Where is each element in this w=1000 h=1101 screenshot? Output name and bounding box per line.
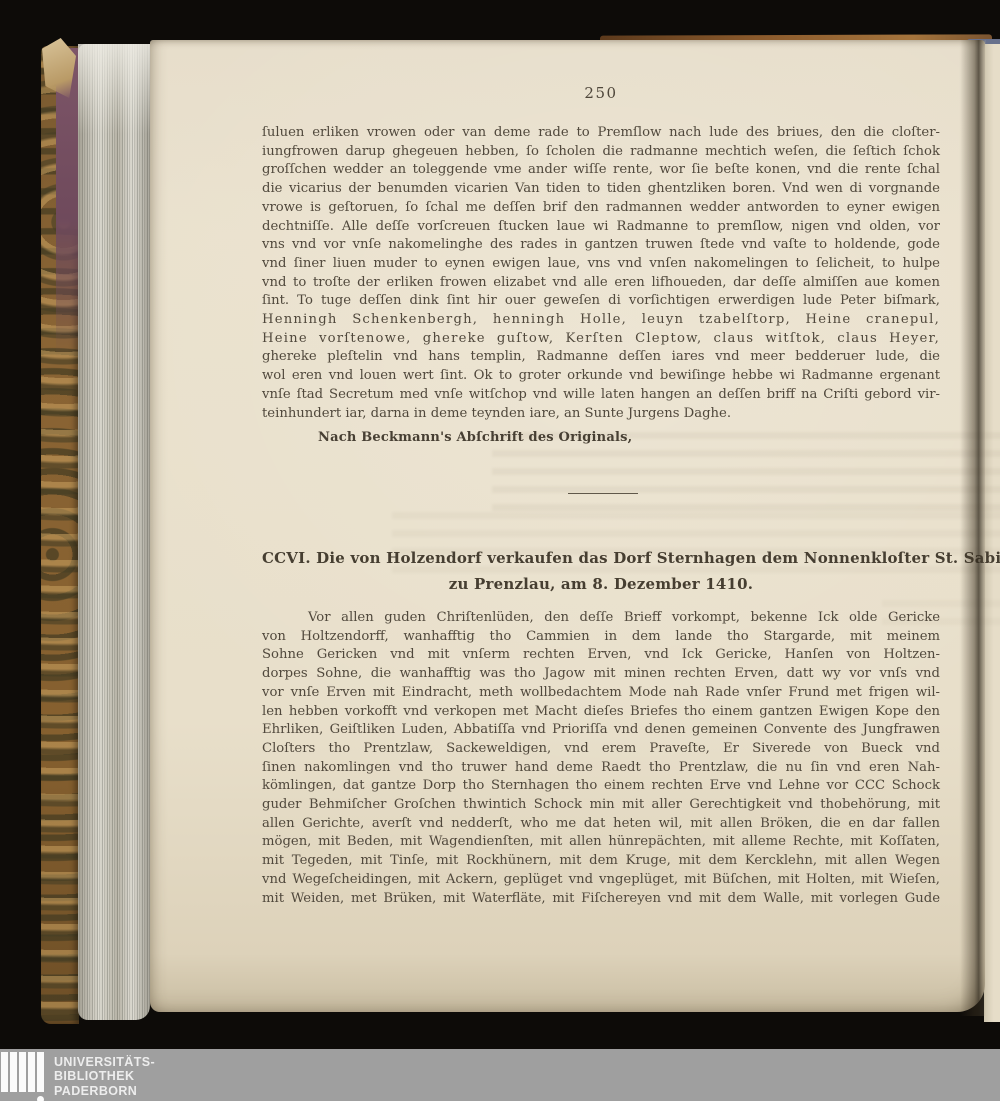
text-line: vnd to troſte der erliken frowen elizabe…	[262, 274, 940, 293]
text-line: Vor allen guden Chriſtenlüden, den deſſe…	[262, 609, 940, 628]
text-line: vns vnd vor vnſe nakomelinghe des rades …	[262, 236, 940, 255]
scanned-book-photo: 250 ſuluen erliken vrowen oder van deme …	[0, 0, 1000, 1101]
transcription-paragraph-1: ſuluen erliken vrowen oder van deme rade…	[262, 124, 940, 423]
heading-line-2: zu Prenzlau, am 8. Dezember 1410.	[262, 571, 940, 597]
watermark-bar: UNIVERSITÄTS- BIBLIOTHEK PADERBORN	[0, 1049, 1000, 1101]
watermark-line-2: BIBLIOTHEK	[54, 1069, 155, 1083]
text-line: teinhundert iar, darna in deme teynden i…	[262, 405, 940, 424]
text-line: wol eren vnd louen wert ſint. Ok to grot…	[262, 367, 940, 386]
text-line: vrowe is geſtoruen, ſo ſchal me deſſen b…	[262, 199, 940, 218]
text-line: Henningh Schenkenbergh, henningh Holle, …	[262, 311, 940, 330]
document-heading: CCVI. Die von Holzendorf verkaufen das D…	[262, 545, 940, 597]
heading-line-1: CCVI. Die von Holzendorf verkaufen das D…	[262, 545, 940, 571]
logo-bar	[19, 1052, 26, 1092]
text-line: vnd Wegeſcheidingen, mit Ackern, geplüge…	[262, 871, 940, 890]
text-line: Sohne Gericken vnd mit vnſerm rechten Er…	[262, 646, 940, 665]
book-page: 250 ſuluen erliken vrowen oder van deme …	[150, 40, 985, 1012]
text-line: Ehrliken, Geiſtliken Luden, Abbatiſſa vn…	[262, 721, 940, 740]
watermark-line-1: UNIVERSITÄTS-	[54, 1055, 155, 1069]
text-line: groſſchen wedder an toleggende vme ander…	[262, 161, 940, 180]
logo-bar	[10, 1052, 17, 1092]
text-line: mit Tegeden, mit Tinſe, mit Rockhünern, …	[262, 852, 940, 871]
logo-dot	[37, 1096, 44, 1101]
logo-bar	[28, 1052, 35, 1092]
section-divider	[568, 493, 638, 494]
text-line: Heine vorſtenowe, ghereke guſtow, Kerſte…	[262, 330, 940, 349]
page-gutter-shadow	[960, 40, 986, 1016]
text-line: ſinen nakomlingen vnd tho truwer hand de…	[262, 759, 940, 778]
page-number: 250	[262, 84, 940, 102]
text-line: mögen, mit Beden, mit Wagendienſten, mit…	[262, 833, 940, 852]
text-line: ghereke pleſtelin vnd hans templin, Radm…	[262, 348, 940, 367]
text-line: mit Weiden, met Brüken, mit Waterfläte, …	[262, 890, 940, 909]
text-line: dorpes Sohne, die wanhafftig was tho Jag…	[262, 665, 940, 684]
text-line: iungfrowen darup ghegeuen hebben, ſo ſch…	[262, 143, 940, 162]
text-line: ſint. To tuge deſſen dink ſint hir ouer …	[262, 292, 940, 311]
source-note: Nach Beckmann's Abſchrift des Originals,	[318, 430, 632, 445]
bleed-through-texture	[492, 432, 1000, 520]
text-line: die vicarius der benumden vicarien Van t…	[262, 180, 940, 199]
text-line: kömlingen, dat gantze Dorp tho Sternhage…	[262, 777, 940, 796]
text-line: Cloſters tho Prentzlaw, Sackeweldigen, v…	[262, 740, 940, 759]
text-line: guder Behmiſcher Groſchen thwintich Scho…	[262, 796, 940, 815]
library-bars-logo	[1, 1052, 47, 1101]
watermark-line-3: PADERBORN	[54, 1084, 155, 1098]
text-line: vor vnſe Erven mit Eindracht, meth wollb…	[262, 684, 940, 703]
text-line: allen Gerichte, averſt vnd nedderſt, who…	[262, 815, 940, 834]
text-line: von Holtzendorff, wanhafftig tho Cammien…	[262, 628, 940, 647]
logo-bar	[37, 1052, 44, 1092]
transcription-paragraph-2: Vor allen guden Chriſtenlüden, den deſſe…	[262, 609, 940, 908]
watermark-text: UNIVERSITÄTS- BIBLIOTHEK PADERBORN	[54, 1055, 155, 1098]
text-line: vnſe ſtad Secretum med vnſe witſchop vnd…	[262, 386, 940, 405]
logo-bar	[1, 1052, 8, 1092]
text-line: dechtniſſe. Alle deſſe vorſcreuen ſtucke…	[262, 218, 940, 237]
text-line: vnd ſiner liuen muder to eynen ewigen la…	[262, 255, 940, 274]
text-line: len hebben vorkofft vnd verkopen met Mac…	[262, 703, 940, 722]
page-fore-edge-stack	[78, 44, 150, 1020]
text-line: ſuluen erliken vrowen oder van deme rade…	[262, 124, 940, 143]
